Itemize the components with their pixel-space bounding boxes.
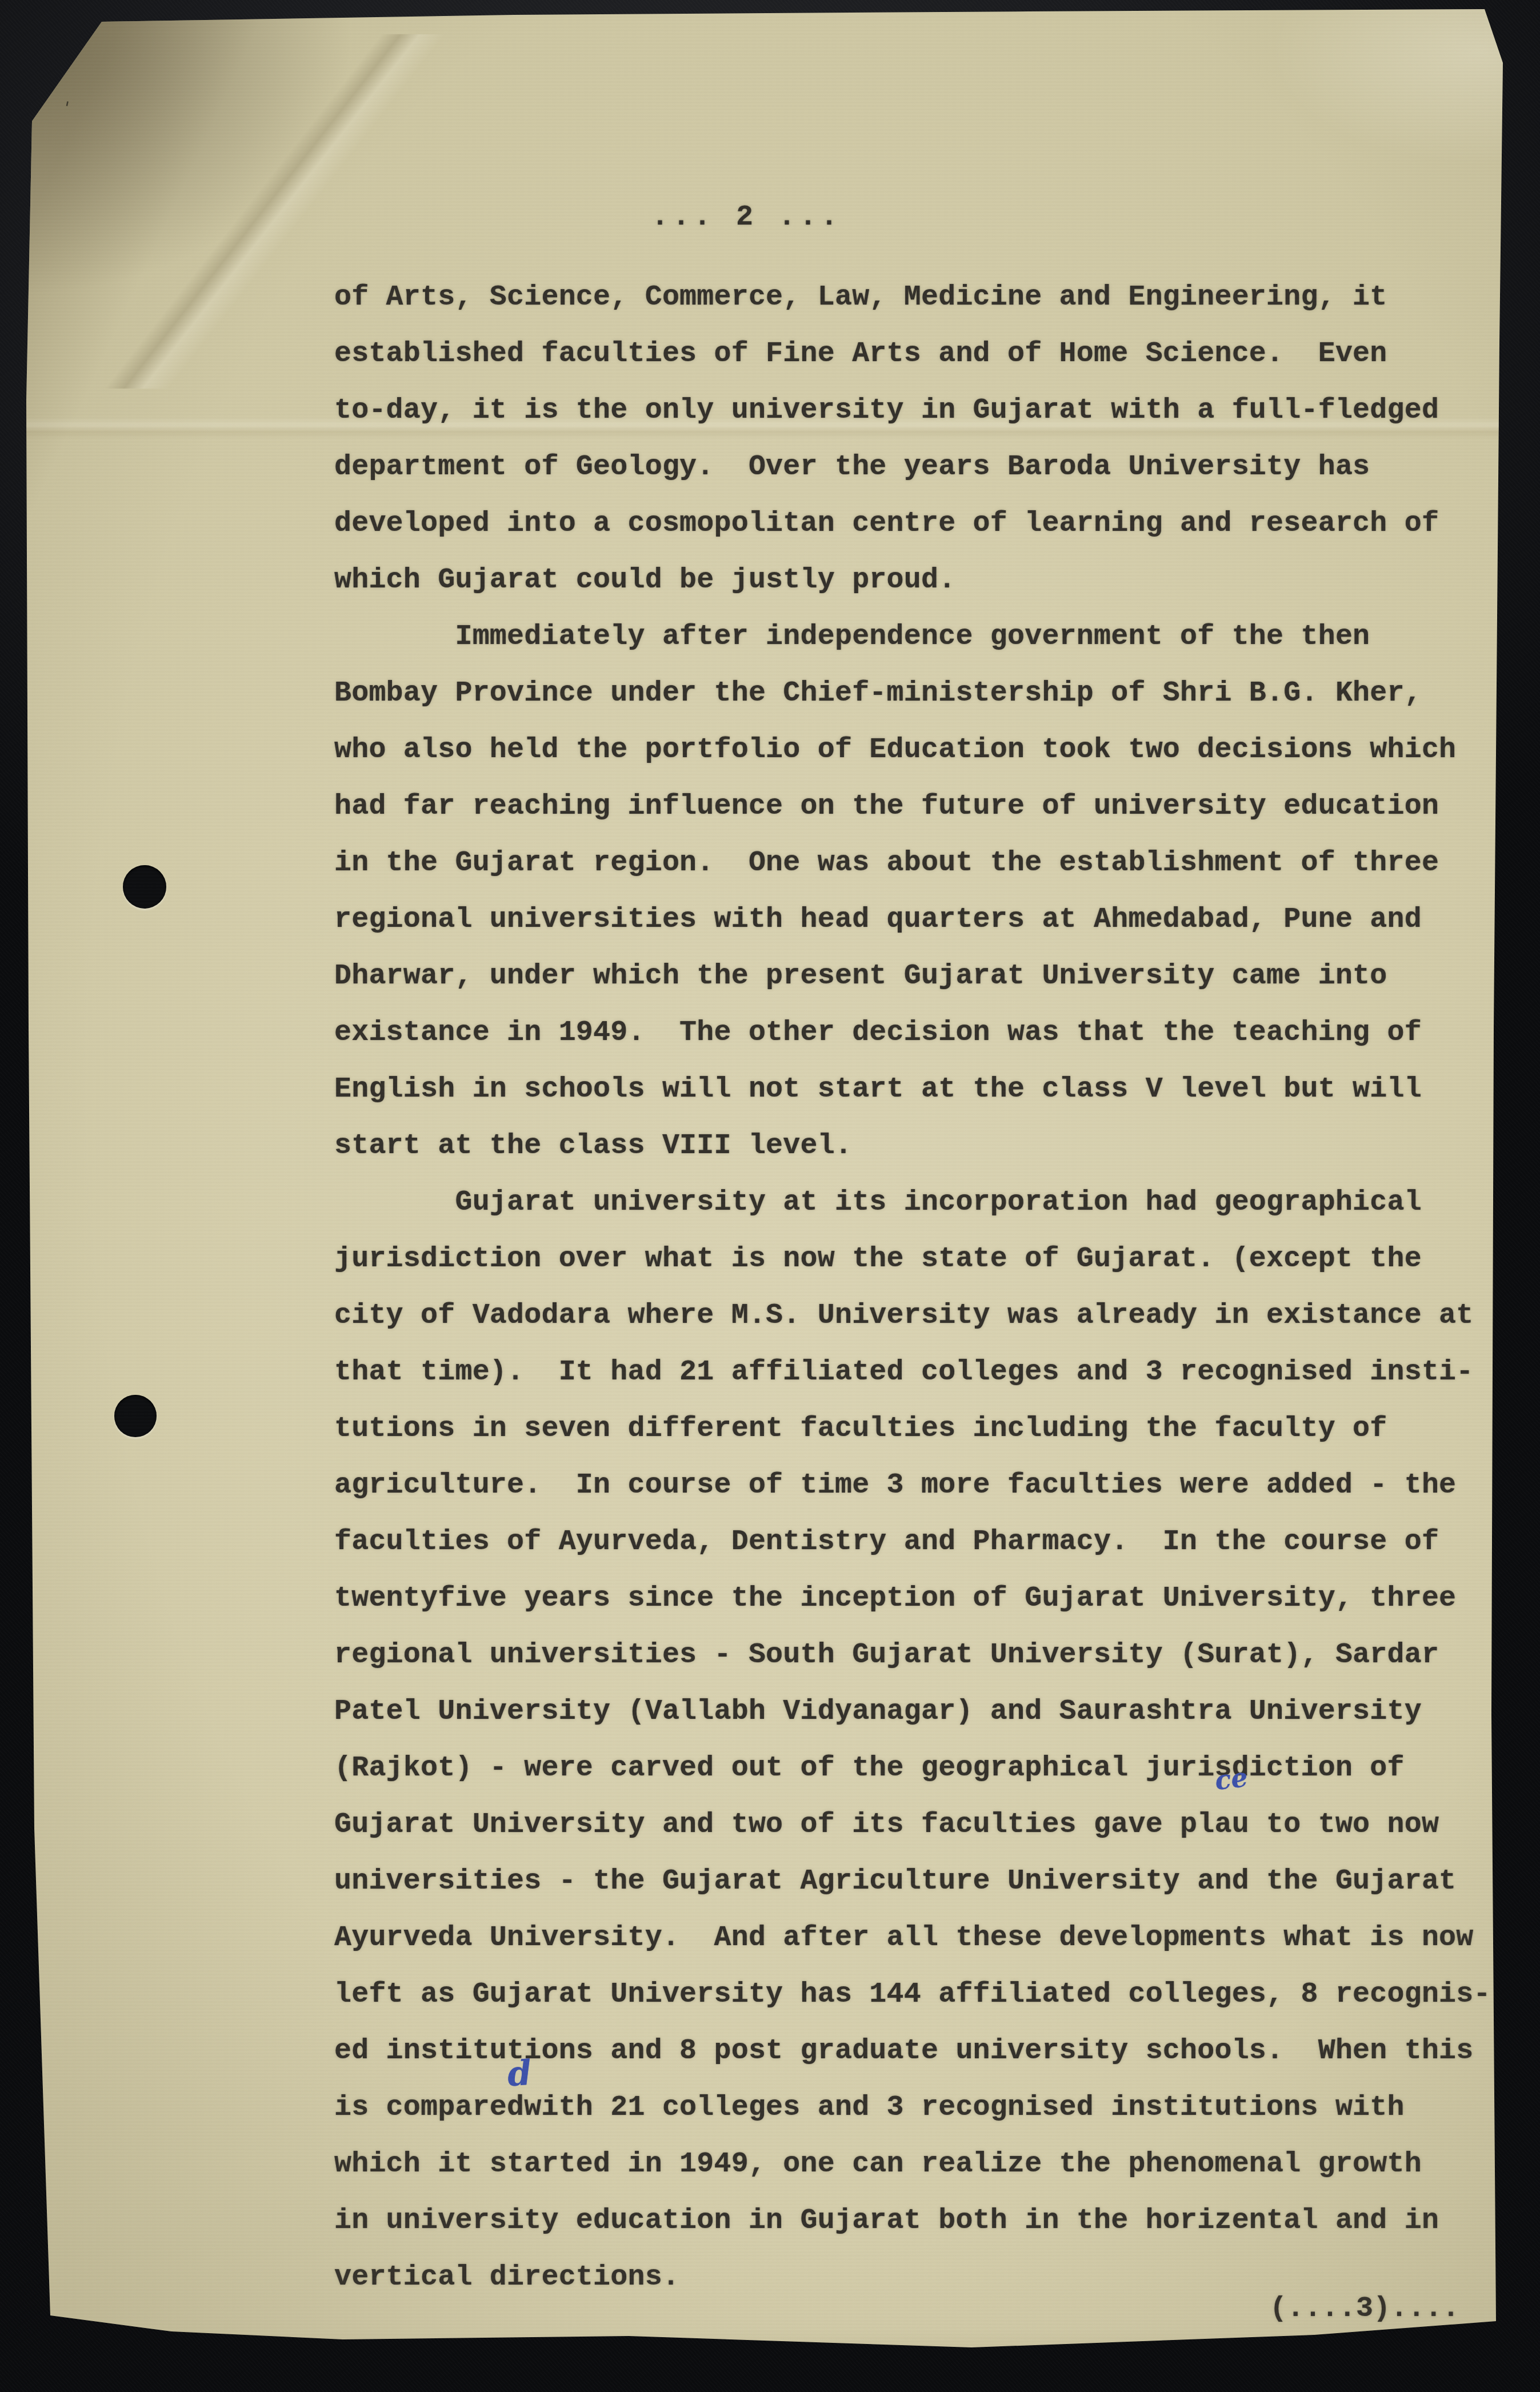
typed-line-16: start at the class VIII level.: [334, 1130, 852, 1163]
typed-line-34: which it started in 1949, one can realiz…: [334, 2148, 1422, 2181]
typed-line-5: developed into a cosmopolitan centre of …: [334, 507, 1439, 541]
photo-background: 8 ' ... 2 ... of Arts, Science, Commerce…: [0, 0, 1540, 2392]
typed-line-12: regional universities with head quarters…: [334, 903, 1422, 937]
punch-hole-upper: [123, 865, 166, 909]
typed-line-8: Bombay Province under the Chief-minister…: [334, 677, 1422, 710]
typed-line-24: twentyfive years since the inception of …: [334, 1582, 1456, 1615]
typed-line-26: Patel University (Vallabh Vidyanagar) an…: [334, 1695, 1422, 1729]
handwritten-correction-d: d: [506, 2053, 533, 2095]
corner-pencil-mark: 8: [59, 51, 69, 69]
typed-line-19: city of Vadodara where M.S. University w…: [334, 1299, 1474, 1333]
typed-line-11: in the Gujarat region. One was about the…: [334, 847, 1439, 880]
page-footer-continuation: (....3)....: [1270, 2293, 1459, 2326]
typed-line-29: universities - the Gujarat Agriculture U…: [334, 1865, 1456, 1898]
typed-line-18: jurisdiction over what is now the state …: [334, 1243, 1422, 1276]
typed-line-20: that time). It had 21 affiliated college…: [334, 1356, 1474, 1389]
typed-line-22: agriculture. In course of time 3 more fa…: [334, 1469, 1456, 1502]
typed-line-35: in university education in Gujarat both …: [334, 2205, 1439, 2238]
typed-line-15: English in schools will not start at the…: [334, 1073, 1422, 1106]
document-page: 8 ' ... 2 ... of Arts, Science, Commerce…: [0, 0, 1540, 2392]
typed-line-36: vertical directions.: [334, 2261, 679, 2294]
corner-fold-crease: [86, 34, 451, 389]
typed-line-9: who also held the portfolio of Education…: [334, 734, 1456, 767]
typed-line-4: department of Geology. Over the years Ba…: [334, 451, 1370, 484]
typed-line-7: Immediately after independence governmen…: [334, 621, 1370, 654]
typed-line-30: Ayurveda University. And after all these…: [334, 1922, 1474, 1955]
typed-line-3: to-day, it is the only university in Guj…: [334, 394, 1439, 427]
corner-tick-mark: ': [62, 98, 70, 119]
handwritten-correction-ce: ce: [1213, 1762, 1249, 1797]
punch-hole-lower: [114, 1395, 157, 1437]
typed-line-33: is comparedwith 21 colleges and 3 recogn…: [334, 2091, 1405, 2125]
typed-line-23: faculties of Ayurveda, Dentistry and Pha…: [334, 1526, 1439, 1559]
typed-line-17: Gujarat university at its incorporation …: [334, 1186, 1422, 1219]
typed-line-21: tutions in seven different faculties inc…: [334, 1413, 1387, 1446]
typed-line-32: ed institutions and 8 post graduate univ…: [334, 2035, 1474, 2068]
typed-line-31: left as Gujarat University has 144 affil…: [334, 1978, 1491, 2011]
typed-line-2: established faculties of Fine Arts and o…: [334, 338, 1387, 371]
page-number: ... 2 ...: [651, 201, 842, 234]
typed-line-10: had far reaching influence on the future…: [334, 790, 1439, 823]
typed-line-28: Gujarat University and two of its facult…: [334, 1809, 1439, 1842]
typed-line-25: regional universities - South Gujarat Un…: [334, 1639, 1439, 1672]
typed-line-13: Dharwar, under which the present Gujarat…: [334, 960, 1387, 993]
typed-line-6: which Gujarat could be justly proud.: [334, 564, 955, 597]
typed-line-1: of Arts, Science, Commerce, Law, Medicin…: [334, 281, 1387, 314]
typed-line-14: existance in 1949. The other decision wa…: [334, 1017, 1422, 1050]
